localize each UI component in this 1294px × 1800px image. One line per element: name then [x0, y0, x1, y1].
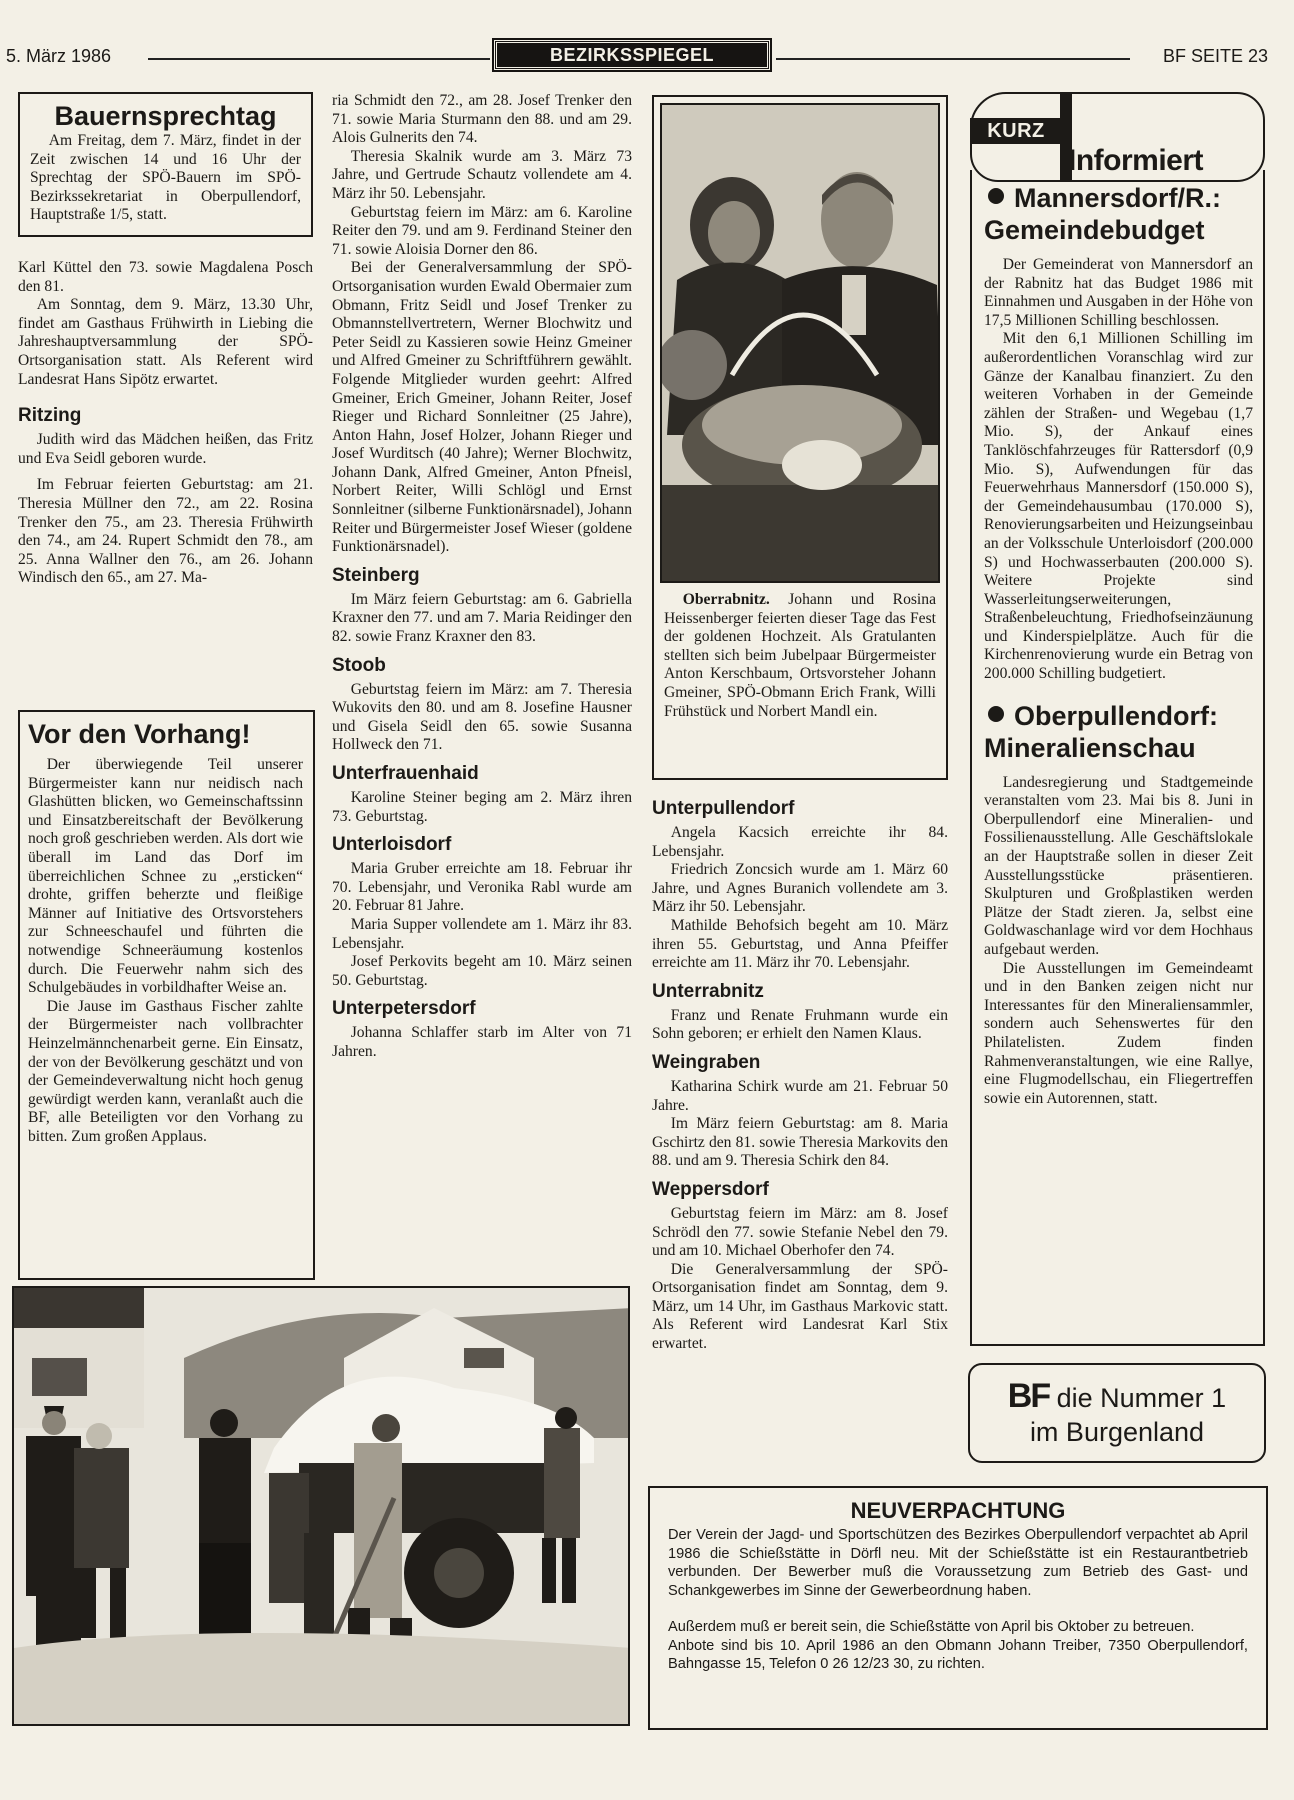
column-2: ria Schmidt den 72., am 28. Josef Trenke… — [332, 92, 632, 1062]
column-1: Bauernsprechtag Am Freitag, dem 7. März,… — [18, 92, 313, 588]
kurz-label: KURZ — [970, 118, 1062, 144]
snow-clearing-photo-image — [14, 1288, 630, 1726]
ad-text: Der Verein der Jagd- und Sportschützen d… — [668, 1526, 1248, 1600]
section-heading-weingraben: Weingraben — [652, 1052, 948, 1074]
bullet-icon — [988, 706, 1004, 722]
article-text: Geburtstag feiern im März: am 6. Karolin… — [332, 204, 632, 260]
photo-box-golden-wedding: Oberrabnitz. Johann und Rosina Heissenbe… — [652, 95, 948, 780]
section-heading-weppersdorf: Weppersdorf — [652, 1179, 948, 1201]
article-text: Im Februar feierten Geburtstag: am 21. T… — [18, 476, 313, 588]
ad-text: Außerdem muß er bereit sein, die Schießs… — [668, 1618, 1248, 1637]
section-heading-steinberg: Steinberg — [332, 565, 632, 587]
article-text: Josef Perkovits begeht am 10. März seine… — [332, 953, 632, 990]
photo-caption: Oberrabnitz. Johann und Rosina Heissenbe… — [660, 591, 940, 721]
caption-lead: Oberrabnitz. — [683, 591, 770, 608]
article-text: Am Sonntag, dem 9. März, 13.30 Uhr, find… — [18, 296, 313, 389]
article-text: Geburtstag feiern im März: am 7. Theresi… — [332, 681, 632, 755]
article-text: Geburtstag feiern im März: am 8. Josef S… — [652, 1205, 948, 1261]
article-text: Maria Supper vollendete am 1. März ihr 8… — [332, 916, 632, 953]
couple-photo — [660, 103, 940, 583]
article-text: Theresia Skalnik wurde am 3. März 73 Jah… — [332, 148, 632, 204]
vor-den-vorhang-box: Vor den Vorhang! Der überwiegende Teil u… — [18, 710, 315, 1280]
issue-date: 5. März 1986 — [6, 46, 111, 67]
promo-box: BF die Nummer 1 im Burgenland — [968, 1363, 1266, 1463]
snow-clearing-photo — [12, 1286, 630, 1726]
article-text: Judith wird das Mädchen heißen, das Frit… — [18, 431, 313, 468]
article-text: Mathilde Behofsich begeht am 10. März ih… — [652, 917, 948, 973]
couple-photo-image — [662, 105, 940, 583]
header-rule-left — [148, 58, 490, 60]
article-text: Karoline Steiner beging am 2. März ihren… — [332, 789, 632, 826]
section-title: BEZIRKSSPIEGEL — [494, 40, 770, 70]
section-heading-unterpetersdorf: Unterpetersdorf — [332, 998, 632, 1020]
article-text: Landesregierung und Stadtgemeinde verans… — [984, 774, 1253, 960]
article-text: Der überwiegende Teil unserer Bürgermeis… — [28, 756, 303, 998]
section-heading-unterloisdorf: Unterloisdorf — [332, 834, 632, 856]
header-rule-right — [776, 58, 1130, 60]
page-number: BF SEITE 23 — [1163, 46, 1268, 67]
item1-title-line2: Gemeindebudget — [984, 214, 1253, 246]
article-text: Bei der Generalversammlung der SPÖ-Ortso… — [332, 259, 632, 557]
section-heading-unterfrauenhaid: Unterfrauenhaid — [332, 763, 632, 785]
article-text: Der Gemeinderat von Mannersdorf an der R… — [984, 256, 1253, 330]
item2-title-line2: Mineralienschau — [984, 732, 1253, 764]
kurz-informiert-box: Mannersdorf/R.: Gemeindebudget Der Gemei… — [970, 170, 1265, 1346]
bauernsprechtag-box: Bauernsprechtag Am Freitag, dem 7. März,… — [18, 92, 313, 237]
article-text: Katharina Schirk wurde am 21. Februar 50… — [652, 1078, 948, 1115]
item1-title: Mannersdorf/R.: — [984, 182, 1253, 214]
item1-title-line1: Mannersdorf/R.: — [1014, 183, 1221, 213]
promo-line1: BF die Nummer 1 — [970, 1379, 1264, 1415]
vorhang-title: Vor den Vorhang! — [28, 718, 303, 750]
article-text: Die Ausstellungen im Gemeindeamt und in … — [984, 960, 1253, 1109]
bauernsprechtag-title: Bauernsprechtag — [30, 100, 301, 132]
section-heading-ritzing: Ritzing — [18, 405, 313, 427]
ad-title: NEUVERPACHTUNG — [668, 1498, 1248, 1524]
neuverpachtung-ad: NEUVERPACHTUNG Der Verein der Jagd- und … — [648, 1486, 1268, 1730]
article-text: ria Schmidt den 72., am 28. Josef Trenke… — [332, 92, 632, 148]
section-heading-unterrabnitz: Unterrabnitz — [652, 981, 948, 1003]
promo-line2: im Burgenland — [970, 1415, 1264, 1449]
bauernsprechtag-text: Am Freitag, dem 7. März, findet in der Z… — [30, 132, 301, 225]
article-text: Die Jause im Gasthaus Fischer zahlte der… — [28, 998, 303, 1147]
article-text: Mit den 6,1 Millionen Schilling im außer… — [984, 330, 1253, 683]
bullet-icon — [988, 188, 1004, 204]
article-text: Angela Kacsich erreichte ihr 84. Lebensj… — [652, 824, 948, 861]
article-text: Karl Küttel den 73. sowie Magdalena Posc… — [18, 259, 313, 296]
section-heading-stoob: Stoob — [332, 655, 632, 677]
article-text: Friedrich Zoncsich wurde am 1. März 60 J… — [652, 861, 948, 917]
ad-text: Anbote sind bis 10. April 1986 an den Ob… — [668, 1637, 1248, 1674]
item2-title: Oberpullendorf: — [984, 700, 1253, 732]
kurz-informiert-header: KURZ Informiert — [970, 92, 1265, 182]
article-text: Maria Gruber erreichte am 18. Februar ih… — [332, 860, 632, 916]
column-3: Unterpullendorf Angela Kacsich erreichte… — [652, 790, 948, 1354]
article-text: Johanna Schlaffer starb im Alter von 71 … — [332, 1024, 632, 1061]
item2-title-line1: Oberpullendorf: — [1014, 701, 1218, 731]
bf-logo: BF — [1008, 1377, 1049, 1415]
promo-tagline: die Nummer 1 — [1049, 1383, 1226, 1413]
article-text: Die Generalversammlung der SPÖ-Ortsorgan… — [652, 1261, 948, 1354]
caption-text: Johann und Rosina Heissenberger feierten… — [664, 591, 936, 720]
article-text: Im März feiern Geburtstag: am 6. Gabriel… — [332, 591, 632, 647]
article-text: Im März feiern Geburtstag: am 8. Maria G… — [652, 1115, 948, 1171]
section-heading-unterpullendorf: Unterpullendorf — [652, 798, 948, 820]
article-text: Franz und Renate Fruhmann wurde ein Sohn… — [652, 1007, 948, 1044]
